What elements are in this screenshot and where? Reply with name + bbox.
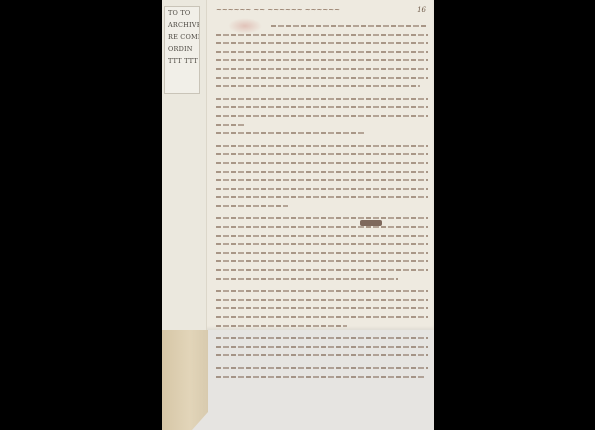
handwritten-heading: ~~~~~~ ~~ ~~~~~~ ~~~~~~ [216, 6, 340, 14]
archive-label: TO TO ARCHIVE RE COMERC ORDIN TTT TTT [164, 6, 200, 94]
handwritten-text-area: ~~~~~~ ~~ ~~~~~~ ~~~~~~ 16 [212, 4, 430, 326]
label-line: RE COMERC [165, 31, 199, 43]
label-line: TTT TTT [165, 55, 199, 67]
label-line: ARCHIVE [165, 19, 199, 31]
label-line: ORDIN [165, 43, 199, 55]
folded-paper-tab [162, 330, 208, 430]
label-line: TO TO [165, 7, 199, 19]
manuscript-scan: TO TO ARCHIVE RE COMERC ORDIN TTT TTT ~~… [162, 0, 434, 430]
manuscript-page: TO TO ARCHIVE RE COMERC ORDIN TTT TTT ~~… [162, 0, 434, 330]
page-number: 16 [417, 6, 426, 14]
image-viewer: TO TO ARCHIVE RE COMERC ORDIN TTT TTT ~~… [0, 0, 595, 430]
handwriting-lines [216, 22, 428, 381]
binding-strip: TO TO ARCHIVE RE COMERC ORDIN TTT TTT [162, 0, 207, 330]
ink-blot [360, 220, 382, 226]
